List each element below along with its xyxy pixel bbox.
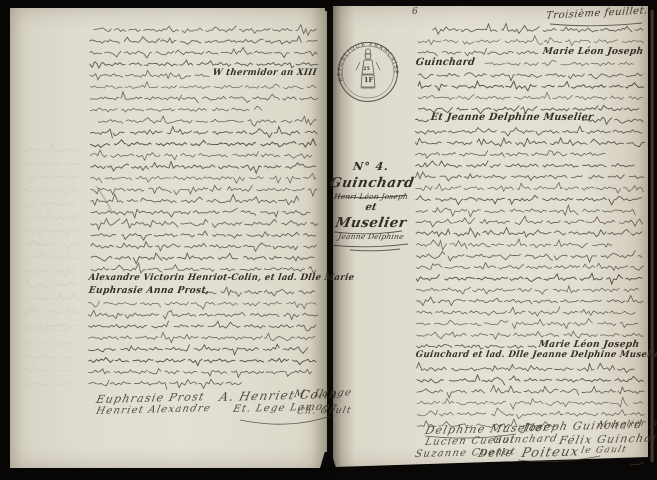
highlight-groom-given: Marie Léon Joseph [542,46,644,57]
register-scan: RÉPUBLIQUE FRANÇAISE 25 1F Troisième feu… [0,0,657,480]
signature: Muselier fils [597,418,657,430]
highlight-groom-left: Alexandre Victorin Henriot-Colin, et lad… [88,273,355,283]
highlight-bride-right: Et Jeanne Delphine Muselier [430,112,594,123]
act-number: N° 4. [329,160,412,173]
signature: Delle [477,446,515,460]
signature: Guinchard [492,433,559,446]
signature: Poiteux [520,445,581,461]
conjunction: et [329,202,413,213]
bride-surname: Muselier [329,215,414,231]
margin-act-note: N° 4. Guinchard Henri Léon Joseph et Mus… [330,160,412,241]
groom-given-names: Henri Léon Joseph [329,192,413,201]
signature: Ch. Gault [296,406,353,417]
book-edge [650,10,654,462]
gutter-gap-top [325,6,332,11]
highlight-groom-surname: Guinchard [415,57,476,68]
highlight-date: W thermidor an XIII [212,68,317,78]
signature: M. Lange [293,387,353,400]
signature: le Gault [580,445,628,456]
highlight-closing: Guinchard et lad. Dlle Jeanne Delphine M… [415,350,657,360]
highlight-bride-left: Euphrasie Anna Prost, [88,285,210,296]
groom-surname: Guinchard [329,175,414,191]
bride-given-names: Jeanne Delphine [329,232,413,241]
page-number: 6 [412,7,418,17]
highlight-closing-given: Marie Léon Joseph [538,339,640,350]
